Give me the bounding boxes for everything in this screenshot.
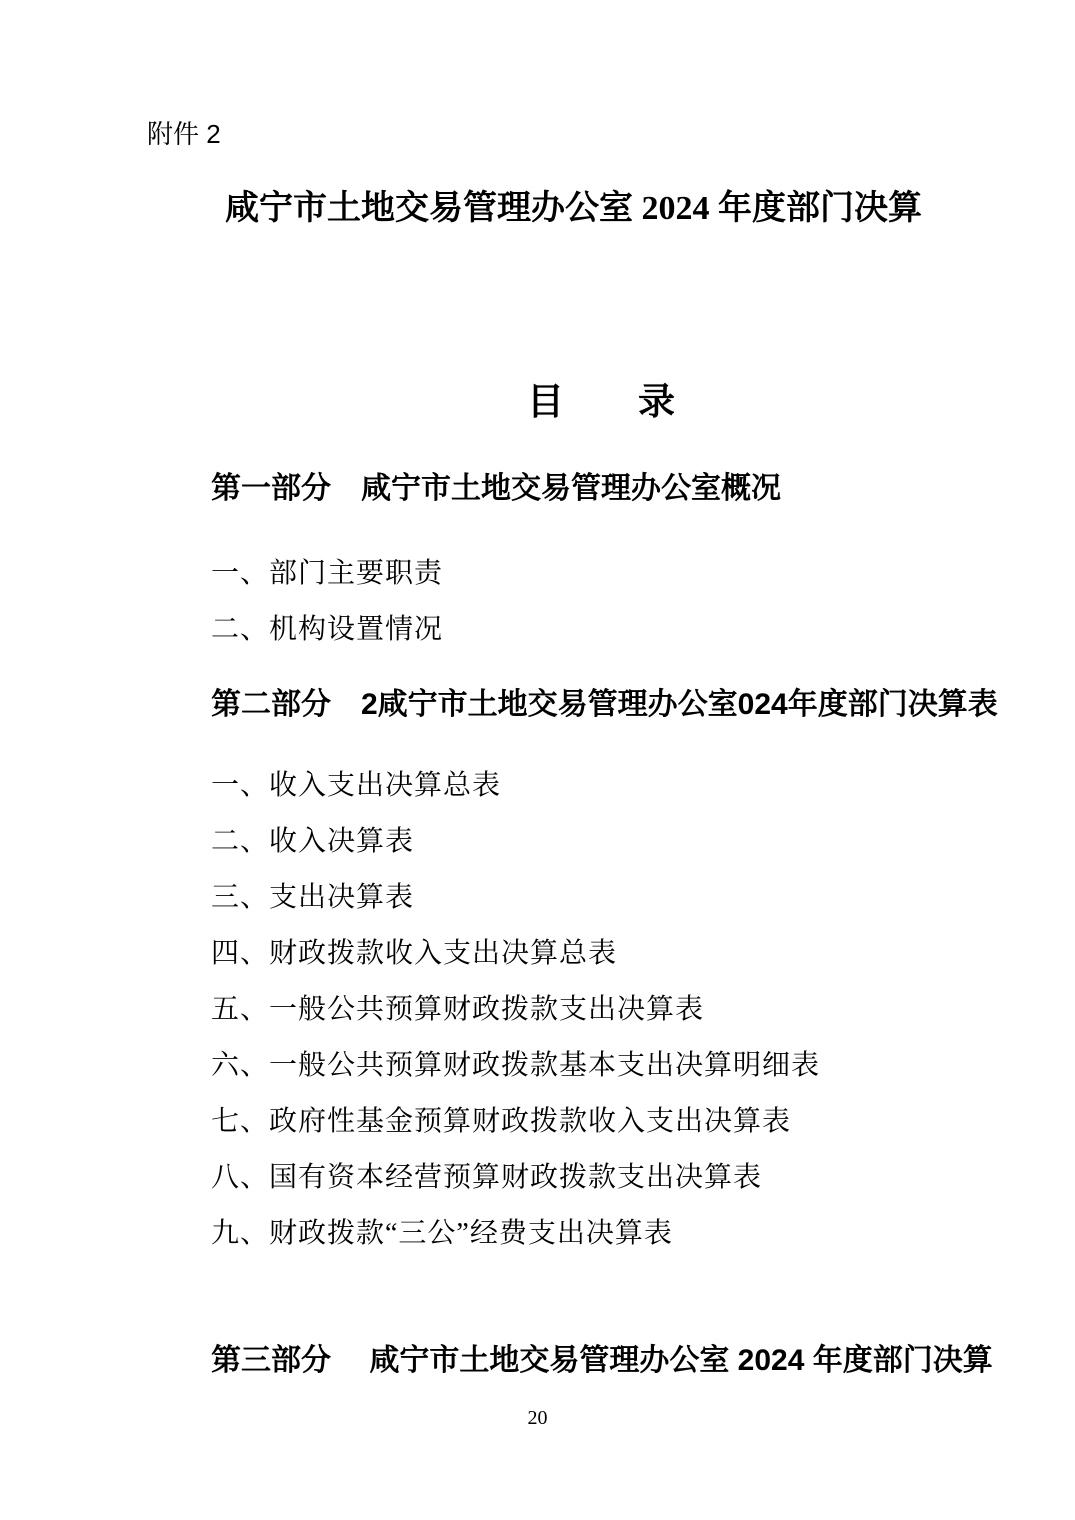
toc-part2-item-9: 九、财政拨款“三公”经费支出决算表 [211,1216,673,1251]
toc-part2-item-2: 二、收入决算表 [211,824,414,859]
toc-part2-item-4: 四、财政拨款收入支出决算总表 [211,936,617,971]
toc-part3-heading: 第三部分 咸宁市土地交易管理办公室 2024 年度部门决算 [211,1342,993,1380]
toc-part2-item-6: 六、一般公共预算财政拨款基本支出决算明细表 [211,1048,820,1083]
page-number: 20 [0,1406,1075,1431]
attachment-label: 附件 2 [147,118,221,151]
toc-part1-item-1: 一、部门主要职责 [211,556,443,591]
toc-title: 目 录 [527,380,675,426]
toc-part2-heading: 第二部分 2咸宁市土地交易管理办公室024年度部门决算表 [211,686,998,724]
toc-part2-item-8: 八、国有资本经营预算财政拨款支出决算表 [211,1160,762,1195]
toc-part1-item-2: 二、机构设置情况 [211,612,443,647]
toc-part2-item-3: 三、支出决算表 [211,880,414,915]
toc-part2-item-5: 五、一般公共预算财政拨款支出决算表 [211,992,704,1027]
toc-part2-item-7: 七、政府性基金预算财政拨款收入支出决算表 [211,1104,791,1139]
document-title: 咸宁市土地交易管理办公室 2024 年度部门决算 [225,188,922,231]
document-page: 附件 2 咸宁市土地交易管理办公室 2024 年度部门决算 目 录 第一部分 咸… [0,0,1075,1520]
toc-part1-heading: 第一部分 咸宁市土地交易管理办公室概况 [211,470,781,508]
toc-part2-item-1: 一、收入支出决算总表 [211,768,501,803]
